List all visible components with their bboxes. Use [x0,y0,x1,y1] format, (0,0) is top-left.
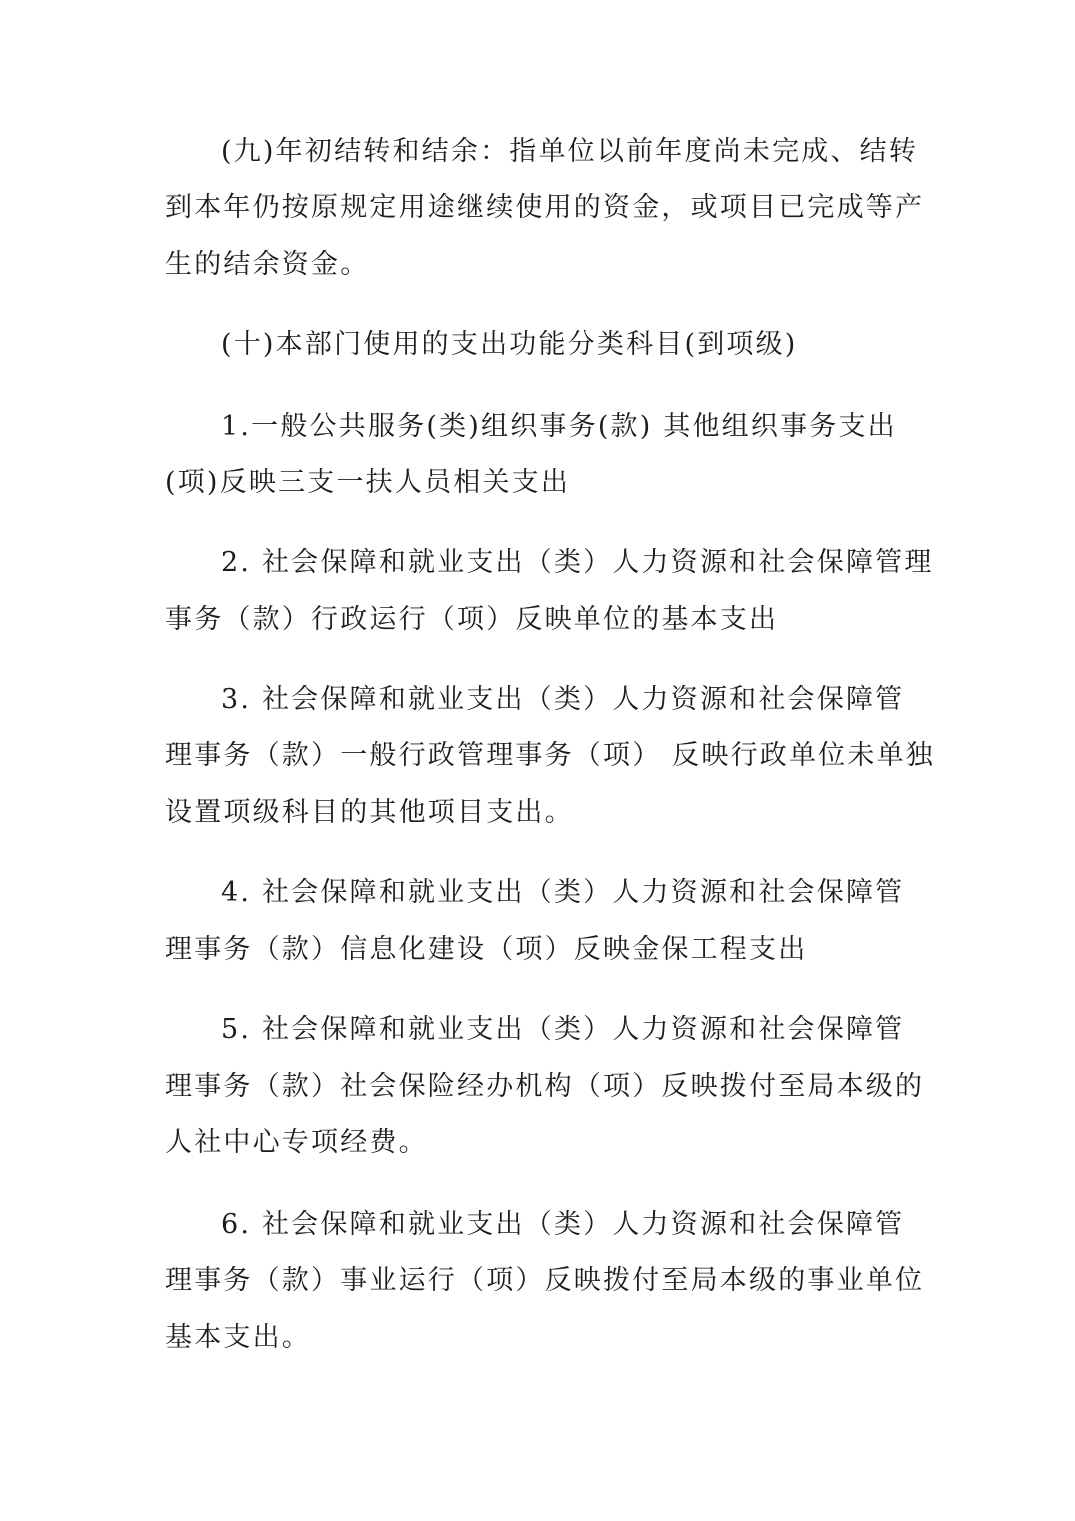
item-5-line-2: 理事务（款）社会保险经办机构（项）反映拨付至局本级的 [165,1067,924,1107]
item-5-line-3: 人社中心专项经费。 [165,1123,428,1163]
document-page: (九)年初结转和结余：指单位以前年度尚未完成、结转 到本年仍按原规定用途继续使用… [0,0,1075,1521]
item-4-line-2: 理事务（款）信息化建设（项）反映金保工程支出 [165,930,807,970]
paragraph-10-heading: (十)本部门使用的支出功能分类科目(到项级) [221,325,798,365]
item-6-line-2: 理事务（款）事业运行（项）反映拨付至局本级的事业单位 [165,1261,924,1301]
item-4-line-1: 4. 社会保障和就业支出（类）人力资源和社会保障管 [221,873,904,913]
paragraph-9-line-1: (九)年初结转和结余：指单位以前年度尚未完成、结转 [221,132,918,172]
item-5-line-1: 5. 社会保障和就业支出（类）人力资源和社会保障管 [221,1010,904,1050]
item-2-line-1: 2. 社会保障和就业支出（类）人力资源和社会保障管理 [221,543,934,583]
paragraph-9-line-3: 生的结余资金。 [165,245,369,285]
item-6-line-1: 6. 社会保障和就业支出（类）人力资源和社会保障管 [221,1205,904,1245]
item-3-line-3: 设置项级科目的其他项目支出。 [165,793,574,833]
paragraph-9-line-2: 到本年仍按原规定用途继续使用的资金，或项目已完成等产 [165,188,924,228]
item-1-line-1: 1.一般公共服务(类)组织事务(款) 其他组织事务支出 [221,407,897,447]
item-1-line-2: (项)反映三支一扶人员相关支出 [165,463,570,503]
item-6-line-3: 基本支出。 [165,1318,311,1358]
item-3-line-2: 理事务（款）一般行政管理事务（项） 反映行政单位未单独 [165,736,935,776]
item-2-line-2: 事务（款）行政运行（项）反映单位的基本支出 [165,600,778,640]
item-3-line-1: 3. 社会保障和就业支出（类）人力资源和社会保障管 [221,680,904,720]
